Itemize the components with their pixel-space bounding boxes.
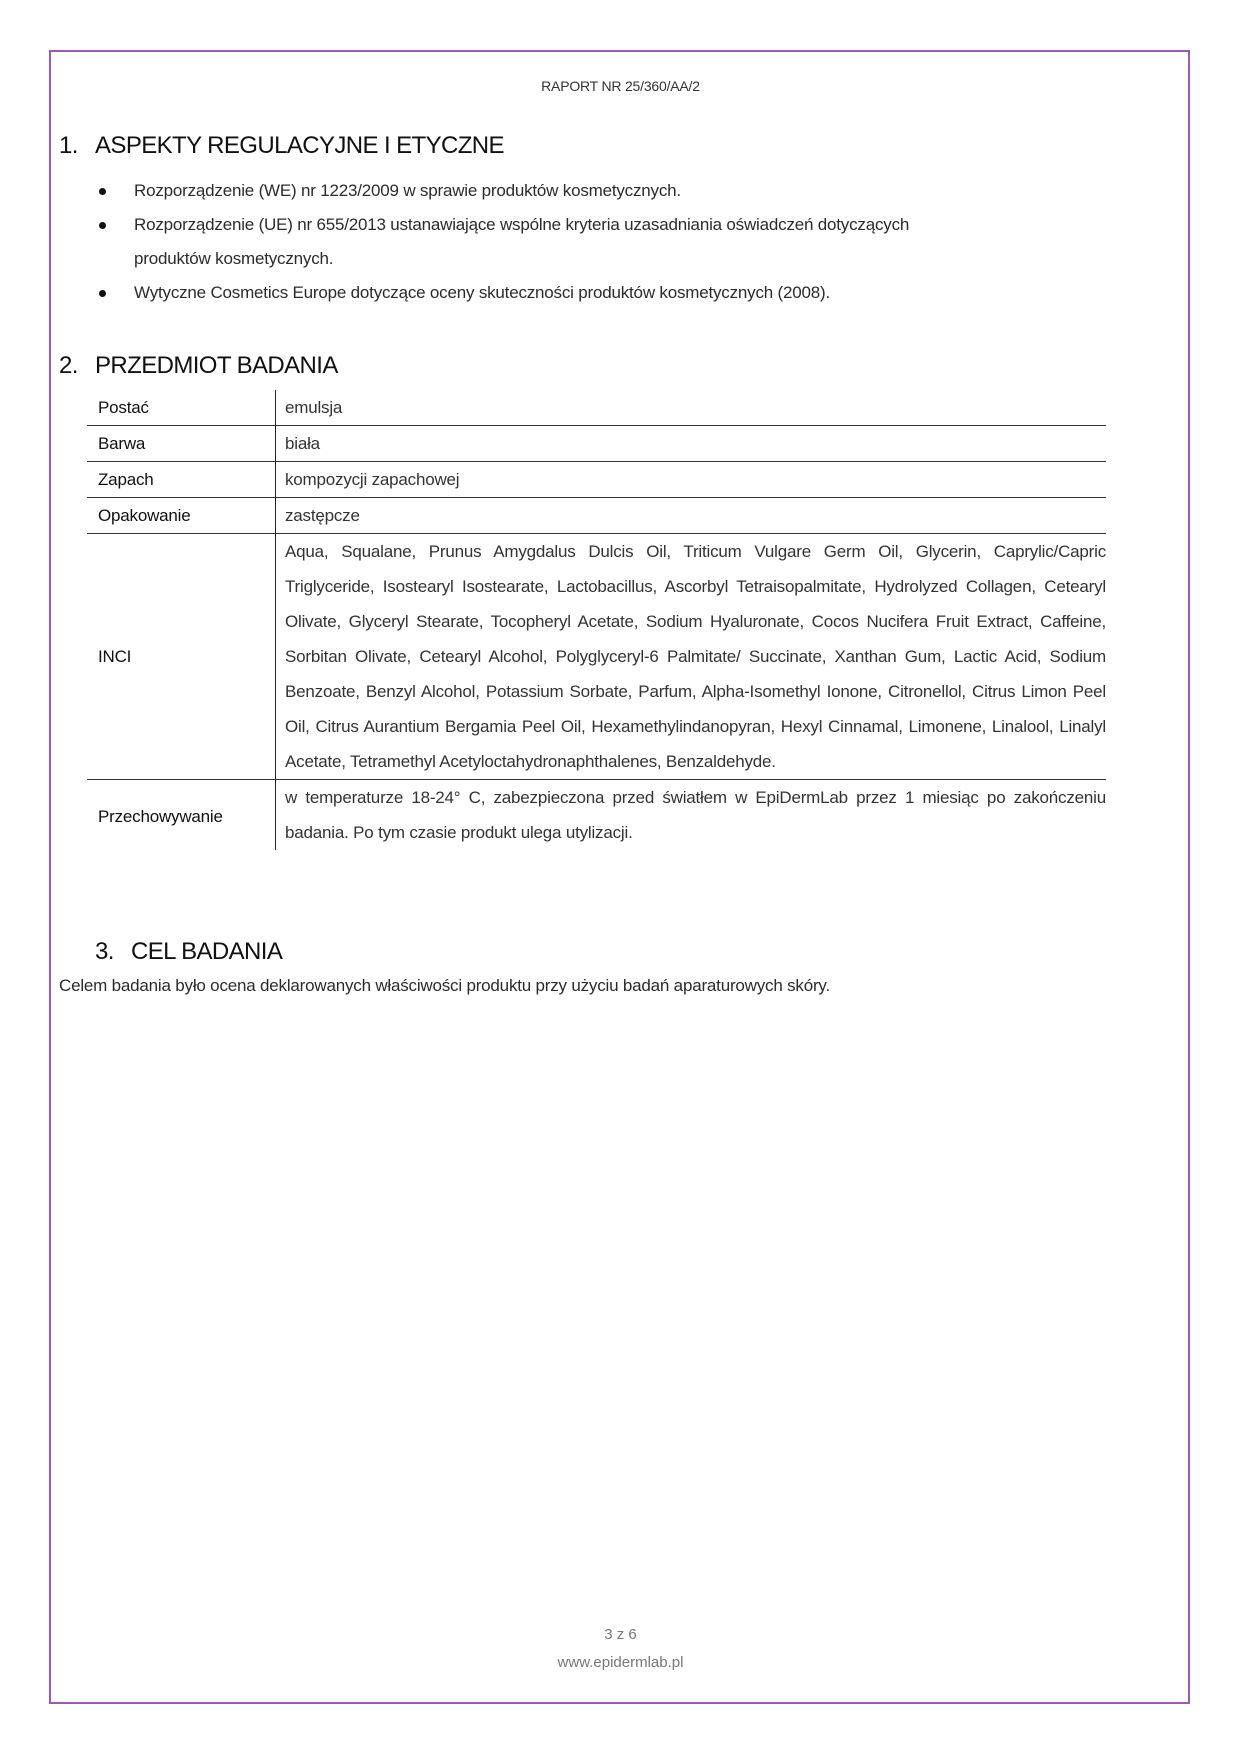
section-3-number: 3. <box>95 938 131 966</box>
bullet-icon <box>99 188 106 195</box>
list-item: Rozporządzenie (UE) nr 655/2013 ustanawi… <box>96 208 1096 276</box>
bullet-icon <box>99 222 106 229</box>
row-value: emulsja <box>276 390 1107 426</box>
website-link[interactable]: www.epidermlab.pl <box>0 1654 1241 1671</box>
inci-ingredients: Aqua, Squalane, Prunus Amygdalus Dulcis … <box>276 534 1107 780</box>
table-row: Przechowywanie w temperaturze 18-24° C, … <box>87 780 1106 851</box>
row-label: Zapach <box>87 462 276 498</box>
page-number: 3 z 6 <box>0 1626 1241 1643</box>
regulations-list: Rozporządzenie (WE) nr 1223/2009 w spraw… <box>96 174 1096 310</box>
section-2-heading: 2.PRZEDMIOT BADANIA <box>59 352 338 380</box>
section-2-number: 2. <box>59 352 95 380</box>
row-label: Przechowywanie <box>87 780 276 851</box>
row-value: kompozycji zapachowej <box>276 462 1107 498</box>
section-1-title: ASPEKTY REGULACYJNE I ETYCZNE <box>95 132 504 159</box>
section-1-number: 1. <box>59 132 95 160</box>
row-label: INCI <box>87 534 276 780</box>
table-row: Barwa biała <box>87 426 1106 462</box>
table-row: Postać emulsja <box>87 390 1106 426</box>
row-label: Opakowanie <box>87 498 276 534</box>
section-3-title: CEL BADANIA <box>131 938 282 965</box>
row-value: zastępcze <box>276 498 1107 534</box>
list-item: Rozporządzenie (WE) nr 1223/2009 w spraw… <box>96 174 1096 208</box>
list-item-text: Rozporządzenie (UE) nr 655/2013 ustanawi… <box>134 215 909 268</box>
list-item: Wytyczne Cosmetics Europe dotyczące ocen… <box>96 276 1096 310</box>
table-row: Zapach kompozycji zapachowej <box>87 462 1106 498</box>
section-2-title: PRZEDMIOT BADANIA <box>95 352 338 379</box>
report-number-header: RAPORT NR 25/360/AA/2 <box>0 78 1241 94</box>
study-aim-text: Celem badania było ocena deklarowanych w… <box>59 976 830 996</box>
row-value: biała <box>276 426 1107 462</box>
list-item-text: Rozporządzenie (WE) nr 1223/2009 w spraw… <box>134 181 681 200</box>
section-1-heading: 1.ASPEKTY REGULACYJNE I ETYCZNE <box>59 132 504 160</box>
row-label: Barwa <box>87 426 276 462</box>
table-row: Opakowanie zastępcze <box>87 498 1106 534</box>
section-3-heading: 3.CEL BADANIA <box>95 938 282 966</box>
list-item-text: Wytyczne Cosmetics Europe dotyczące ocen… <box>134 283 830 302</box>
product-specification-table: Postać emulsja Barwa biała Zapach kompoz… <box>87 390 1106 850</box>
row-label: Postać <box>87 390 276 426</box>
table-row: INCI Aqua, Squalane, Prunus Amygdalus Du… <box>87 534 1106 780</box>
row-value: w temperaturze 18-24° C, zabezpieczona p… <box>276 780 1107 851</box>
bullet-icon <box>99 290 106 297</box>
